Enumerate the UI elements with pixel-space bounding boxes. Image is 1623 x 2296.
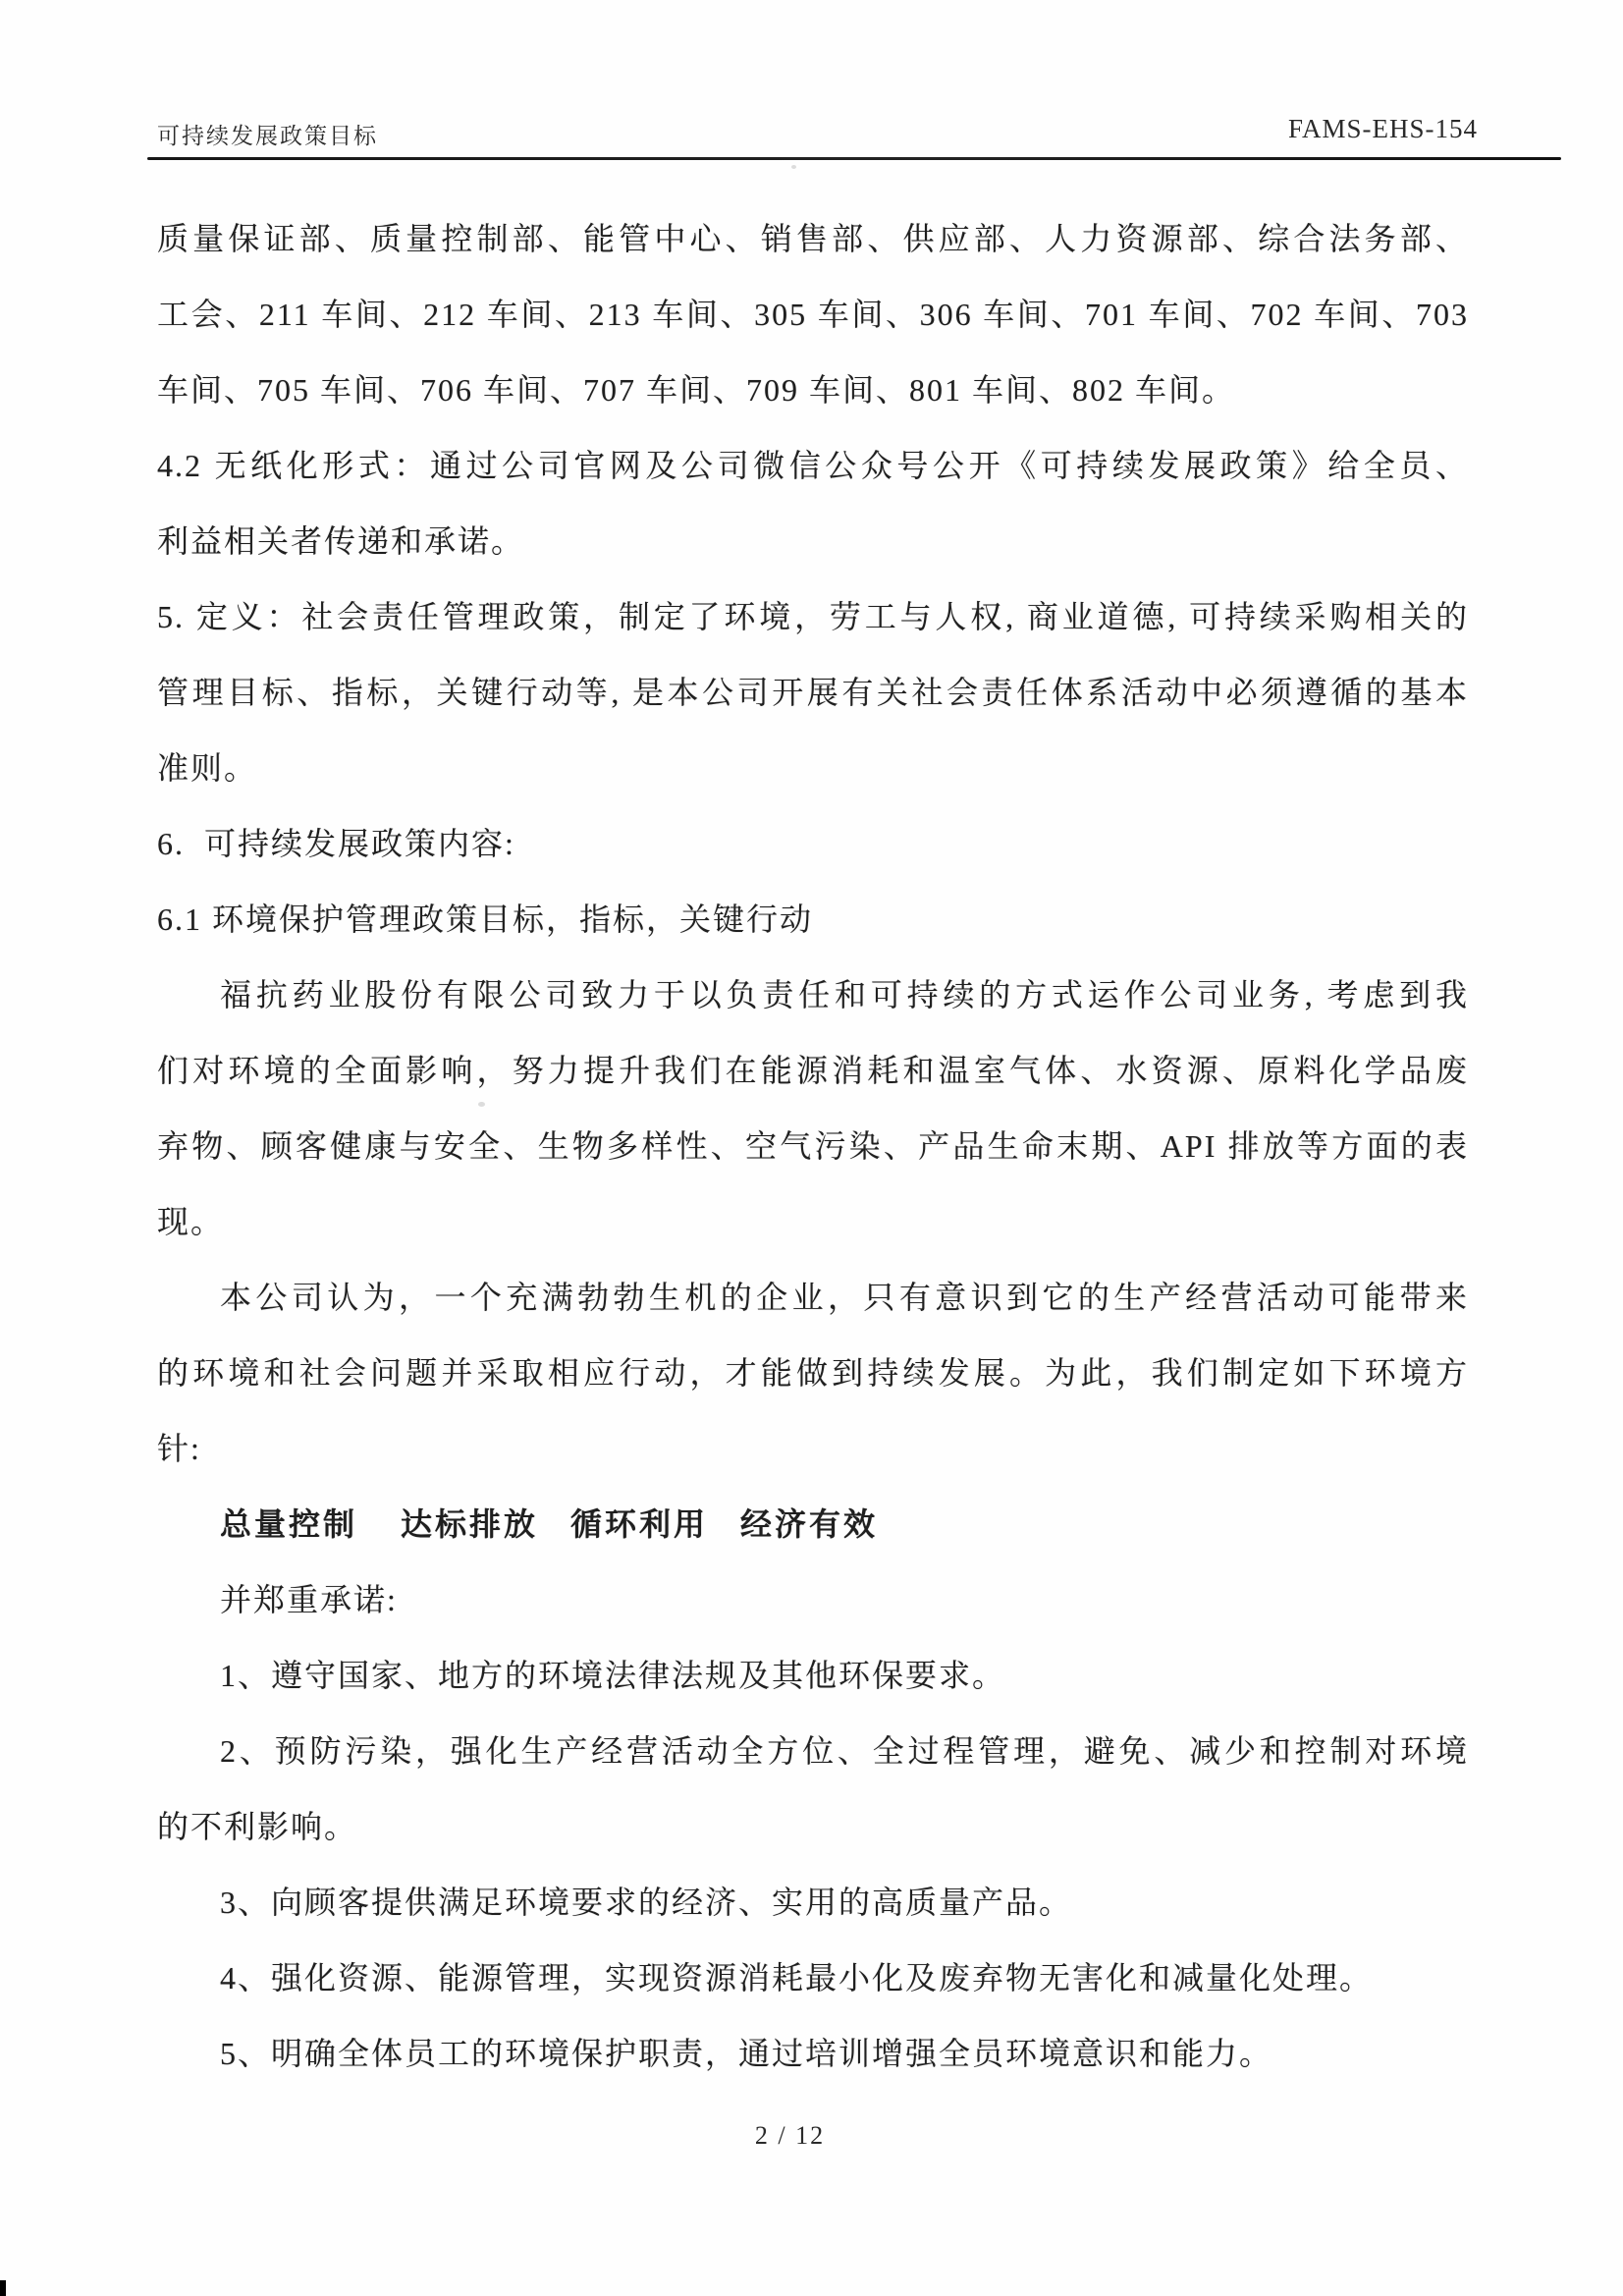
scan-artifact-mark bbox=[0, 2280, 6, 2296]
text-line: 质量保证部、质量控制部、能管中心、销售部、供应部、人力资源部、综合法务部、 bbox=[157, 201, 1469, 277]
text-line: 5. 定义：社会责任管理政策，制定了环境，劳工与人权, 商业道德, 可持续采购相… bbox=[157, 579, 1469, 655]
text-line: 准则。 bbox=[157, 731, 1469, 806]
text-line: 利益相关者传递和承诺。 bbox=[157, 504, 1469, 579]
commitment-item: 5、明确全体员工的环境保护职责，通过培训增强全员环境意识和能力。 bbox=[157, 2016, 1469, 2092]
text-line: 们对环境的全面影响，努力提升我们在能源消耗和温室气体、水资源、原料化学品废 bbox=[157, 1033, 1469, 1109]
text-line: 福抗药业股份有限公司致力于以负责任和可持续的方式运作公司业务, 考虑到我 bbox=[157, 957, 1469, 1033]
text-line: 现。 bbox=[157, 1184, 1469, 1260]
text-line: 弃物、顾客健康与安全、生物多样性、空气污染、产品生命末期、API 排放等方面的表 bbox=[157, 1109, 1469, 1184]
scan-speck bbox=[478, 1102, 485, 1107]
text-line: 管理目标、指标，关键行动等, 是本公司开展有关社会责任体系活动中必须遵循的基本 bbox=[157, 655, 1469, 731]
text-line: 的不利影响。 bbox=[157, 1789, 1469, 1865]
commitment-item: 1、遵守国家、地方的环境法律法规及其他环保要求。 bbox=[157, 1638, 1469, 1714]
text-line: 本公司认为，一个充满勃勃生机的企业，只有意识到它的生产经营活动可能带来 bbox=[157, 1260, 1469, 1336]
text-line: 6. 可持续发展政策内容: bbox=[157, 806, 1469, 882]
commitment-item: 4、强化资源、能源管理，实现资源消耗最小化及废弃物无害化和减量化处理。 bbox=[157, 1941, 1469, 2016]
environment-policy-slogan: 总量控制 达标排放 循环利用 经济有效 bbox=[157, 1487, 1469, 1562]
document-number: FAMS-EHS-154 bbox=[1288, 114, 1478, 144]
page-number: 2 / 12 bbox=[755, 2121, 825, 2151]
scan-speck bbox=[791, 165, 796, 169]
commitment-item: 3、向顾客提供满足环境要求的经济、实用的高质量产品。 bbox=[157, 1865, 1469, 1941]
text-line: 4.2 无纸化形式：通过公司官网及公司微信公众号公开《可持续发展政策》给全员、 bbox=[157, 428, 1469, 504]
text-line: 6.1 环境保护管理政策目标，指标，关键行动 bbox=[157, 882, 1469, 957]
text-line: 并郑重承诺: bbox=[157, 1562, 1469, 1638]
text-line: 的环境和社会问题并采取相应行动，才能做到持续发展。为此，我们制定如下环境方 bbox=[157, 1336, 1469, 1411]
document-body: 质量保证部、质量控制部、能管中心、销售部、供应部、人力资源部、综合法务部、 工会… bbox=[157, 201, 1469, 2092]
text-line: 针: bbox=[157, 1411, 1469, 1487]
header-title: 可持续发展政策目标 bbox=[157, 118, 378, 150]
page-footer: 2 / 12 bbox=[0, 2121, 1623, 2151]
text-line: 车间、705 车间、706 车间、707 车间、709 车间、801 车间、80… bbox=[157, 353, 1469, 428]
document-page: 可持续发展政策目标 FAMS-EHS-154 质量保证部、质量控制部、能管中心、… bbox=[0, 0, 1623, 2296]
text-line: 工会、211 车间、212 车间、213 车间、305 车间、306 车间、70… bbox=[157, 277, 1469, 353]
header-divider bbox=[147, 157, 1561, 160]
commitment-item: 2、预防污染，强化生产经营活动全方位、全过程管理，避免、减少和控制对环境 bbox=[157, 1714, 1469, 1789]
